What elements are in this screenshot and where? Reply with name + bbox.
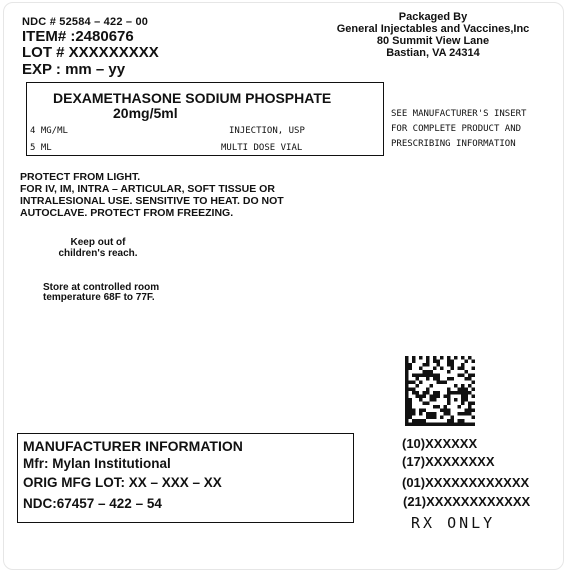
packager-company: General Injectables and Vaccines,Inc <box>318 23 548 35</box>
keep-out-line: Keep out of <box>50 237 146 248</box>
insert-note-line: PRESCRIBING INFORMATION <box>391 137 526 152</box>
warning-line: FOR IV, IM, INTRA – ARTICULAR, SOFT TISS… <box>20 183 284 195</box>
storage-line: temperature 68F to 77F. <box>43 293 159 303</box>
drug-strength: 20mg/5ml <box>113 105 178 121</box>
warning-line: INTRALESIONAL USE. SENSITIVE TO HEAT. DO… <box>20 195 284 207</box>
original-lot: ORIG MFG LOT: XX – XXX – XX <box>23 475 222 490</box>
package-ndc: NDC # 52584 – 422 – 00 <box>22 16 148 28</box>
data-matrix-icon <box>405 356 475 426</box>
lot-number: LOT # XXXXXXXXX <box>22 44 159 61</box>
warning-line: PROTECT FROM LIGHT. <box>20 171 284 183</box>
identifier-10: (10)XXXXXX <box>402 436 477 451</box>
manufacturer-name: Mfr: Mylan Institutional <box>23 456 171 471</box>
insert-note: SEE MANUFACTURER'S INSERT FOR COMPLETE P… <box>391 107 526 152</box>
keep-out-line: children's reach. <box>50 248 146 259</box>
manufacturer-title: MANUFACTURER INFORMATION <box>23 438 243 454</box>
manufacturer-ndc: NDC:67457 – 422 – 54 <box>23 496 162 511</box>
expiration-date: EXP : mm – yy <box>22 61 125 78</box>
identifier-17: (17)XXXXXXXX <box>402 454 495 469</box>
product-box: DEXAMETHASONE SODIUM PHOSPHATE 20mg/5ml … <box>26 82 384 156</box>
packager-label: Packaged By <box>318 11 548 23</box>
insert-note-line: FOR COMPLETE PRODUCT AND <box>391 122 526 137</box>
drug-volume: 5 ML <box>30 143 52 153</box>
drug-concentration: 4 MG/ML <box>30 126 68 136</box>
identifier-01: (01)XXXXXXXXXXXX <box>402 475 529 490</box>
identifier-21: (21)XXXXXXXXXXXX <box>403 494 530 509</box>
manufacturer-box: MANUFACTURER INFORMATION Mfr: Mylan Inst… <box>17 433 354 523</box>
insert-note-line: SEE MANUFACTURER'S INSERT <box>391 107 526 122</box>
keep-out-notice: Keep out of children's reach. <box>50 237 146 259</box>
container-type: MULTI DOSE VIAL <box>221 143 302 153</box>
drug-name: DEXAMETHASONE SODIUM PHOSPHATE <box>53 90 331 106</box>
warning-line: AUTOCLAVE. PROTECT FROM FREEZING. <box>20 207 284 219</box>
packager-info: Packaged By General Injectables and Vacc… <box>318 11 548 59</box>
packager-city: Bastian, VA 24314 <box>318 47 548 59</box>
item-number: ITEM# :2480676 <box>22 28 134 45</box>
rx-only: RX ONLY <box>411 514 495 532</box>
storage-notice: Store at controlled room temperature 68F… <box>43 283 159 303</box>
warnings: PROTECT FROM LIGHT. FOR IV, IM, INTRA – … <box>20 171 284 219</box>
packager-street: 80 Summit View Lane <box>318 35 548 47</box>
drug-route: INJECTION, USP <box>229 126 305 136</box>
